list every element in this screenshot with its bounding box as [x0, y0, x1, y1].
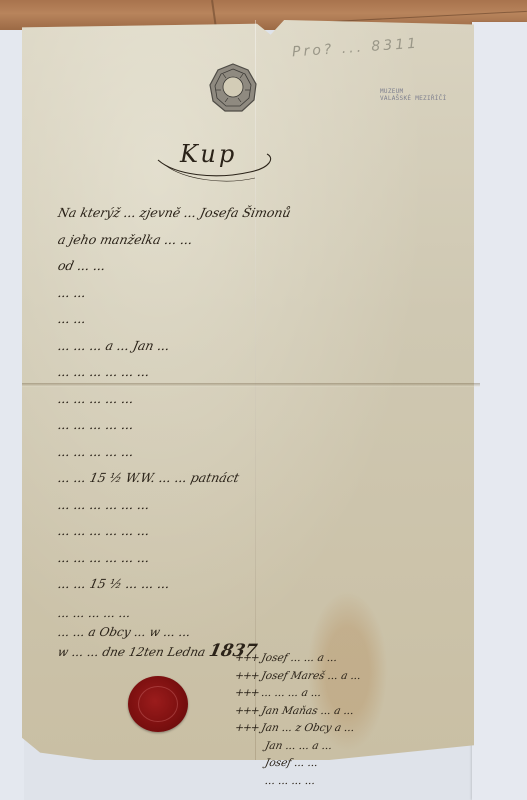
revenue-stamp-icon	[207, 62, 259, 114]
signature-row: ... ... ... ...	[233, 773, 487, 791]
signature-row: +++Josef ... ... a ...	[233, 650, 487, 668]
signature-row: Josef ... ...	[233, 755, 487, 773]
body-line: ... ...	[55, 280, 481, 307]
body-line: od ... ...	[55, 253, 481, 280]
cross-marks: +++	[234, 705, 260, 717]
closing-line: ... ... a Obcy ... w ... ...	[56, 623, 500, 642]
cross-marks: +++	[234, 652, 260, 664]
signature-row: Jan ... ... a ...	[233, 738, 487, 756]
body-line: ... ... ... ... ... ...	[55, 518, 481, 545]
cross-marks: +++	[234, 670, 260, 682]
signatures-block: +++Josef ... ... a ... +++Josef Mareš ..…	[235, 650, 485, 790]
body-line: ... ... ... ... ... ...	[55, 545, 481, 572]
body-line: a jeho manželka ... ...	[55, 227, 481, 254]
closing-line: ... ... ... ... ...	[56, 604, 500, 623]
body-line: ... ... ... a ... Jan ...	[55, 333, 481, 360]
museum-stamp: MUZEUM VALAŠSKÉ MEZIŘÍČÍ	[380, 88, 447, 102]
signatory-name: Jan ... z Obcy a ...	[260, 722, 355, 734]
museum-stamp-line-2: VALAŠSKÉ MEZIŘÍČÍ	[380, 95, 447, 102]
body-line: ... ... ... ... ...	[55, 439, 481, 466]
document-title: Kup	[180, 140, 237, 168]
body-line: ... ... 15 ½ W.W. ... ... patnáct	[55, 465, 481, 492]
body-line: ... ...	[55, 306, 481, 333]
signatory-name: Jan Maňas ... a ...	[260, 705, 355, 717]
date-text: w ... ... dne 12ten Ledna	[57, 645, 207, 659]
body-line: ... ... ... ... ... ...	[55, 492, 481, 519]
body-line: ... ... ... ... ...	[55, 412, 481, 439]
signature-row: +++... ... ... a ...	[233, 685, 487, 703]
museum-stamp-line-1: MUZEUM	[380, 88, 447, 95]
signatory-name: Josef Mareš ... a ...	[260, 670, 362, 682]
body-line: ... ... 15 ½ ... ... ...	[55, 571, 481, 598]
cross-marks: +++	[234, 722, 260, 734]
signatory-name: ... ... ... a ...	[260, 687, 322, 699]
white-backing-left	[0, 30, 24, 800]
signatory-name: Jan ... ... a ...	[264, 740, 333, 752]
signatory-name: Josef ... ...	[264, 757, 319, 769]
document-body: Na kterýž ... zjevně ... Josefa Šimonů a…	[58, 200, 478, 598]
body-line: ... ... ... ... ... ...	[55, 359, 481, 386]
signature-row: +++Jan ... z Obcy a ...	[233, 720, 487, 738]
body-line: Na kterýž ... zjevně ... Josefa Šimonů	[55, 200, 481, 227]
body-line: ... ... ... ... ...	[55, 386, 481, 413]
signature-row: +++Jan Maňas ... a ...	[233, 703, 487, 721]
signature-row: +++Josef Mareš ... a ...	[233, 668, 487, 686]
wax-seal-icon	[128, 676, 188, 732]
cross-marks: +++	[234, 687, 260, 699]
signatory-name: ... ... ... ...	[264, 775, 317, 787]
signatory-name: Josef ... ... a ...	[260, 652, 338, 664]
